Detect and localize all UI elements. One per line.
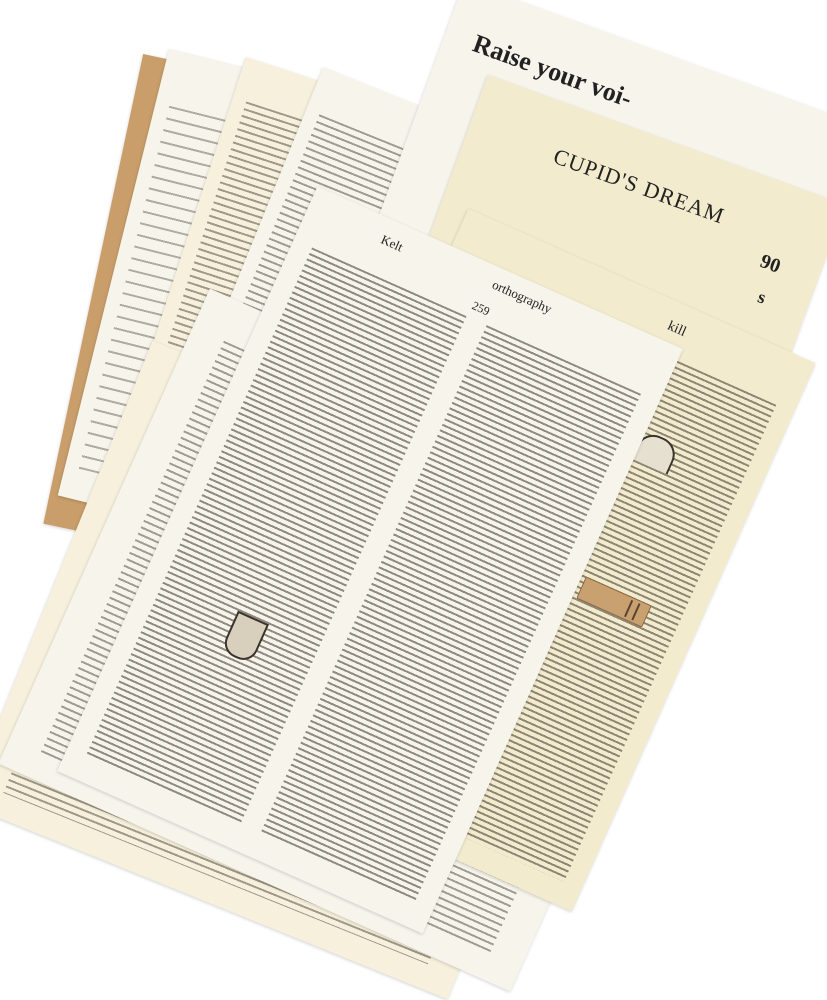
guide-word-kelt: Kelt [378, 232, 405, 256]
dictionary-page-number: 259 [469, 298, 492, 319]
music-page-number: 90 [757, 250, 784, 278]
music-title: CUPID'S DREAM [550, 143, 728, 229]
music-letter: s [755, 287, 769, 309]
guide-word-kill: kill [665, 319, 689, 341]
